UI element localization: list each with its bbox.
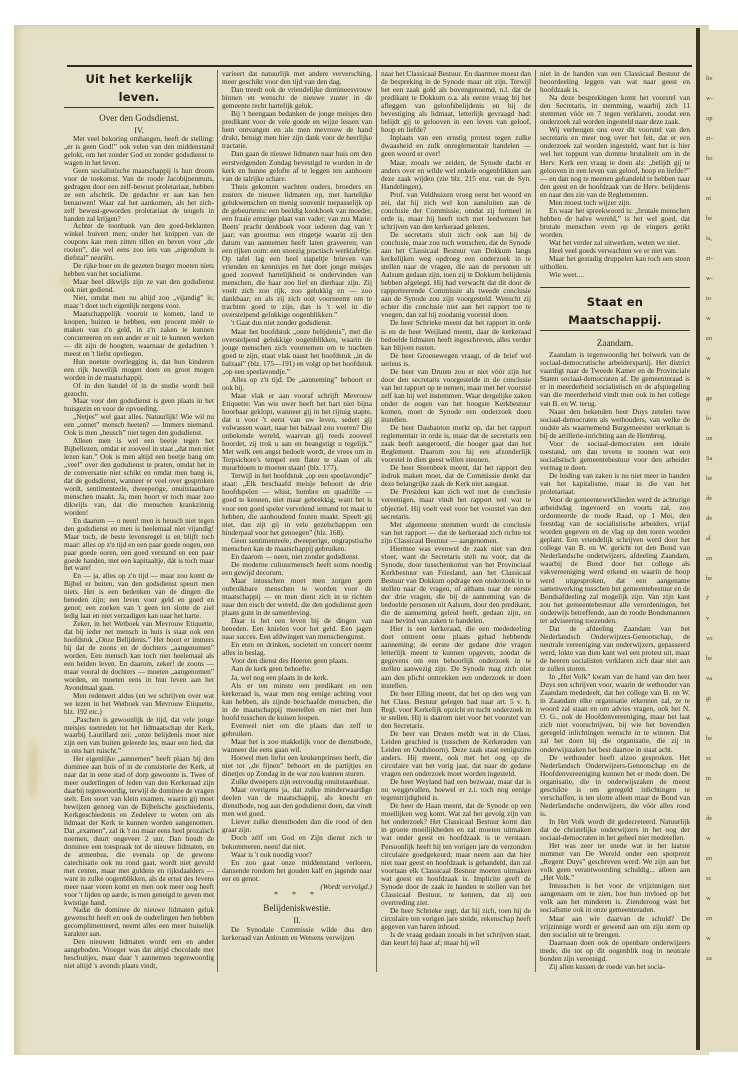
adjacent-page-text: zi-: [706, 135, 713, 143]
paragraph: Terwijl in het hoofdstuk „op een speelav…: [222, 472, 372, 536]
adjacent-page-text: en: [706, 795, 712, 803]
article-title: Belijdeniskwestie.: [222, 902, 372, 915]
adjacent-page-text: w: [706, 895, 711, 903]
paragraph: Prof. van Veldhuizen vroeg eerst het woo…: [381, 191, 531, 231]
adjacent-page-text: w: [706, 375, 711, 383]
adjacent-page-text: be: [706, 215, 712, 223]
adjacent-page-text: sa: [706, 175, 711, 183]
section-heading: Uit het kerkelijk leven.: [64, 70, 214, 108]
paragraph: Voor de sociaal-democraten een ideale to…: [540, 440, 690, 472]
paragraph: Liever zulke dienstboden dan die rood of…: [222, 818, 372, 834]
adjacent-page-text: en: [706, 335, 712, 343]
paragraph: Alles op z'n tijd. De „aanneming” behoor…: [222, 376, 372, 392]
adjacent-page-text: lie: [706, 75, 713, 83]
paragraph: Dan gaan de nieuwe lidmaten naar huis om…: [222, 150, 372, 182]
paragraph: Maar het gestadig druppelen kan toch een…: [540, 255, 690, 271]
adjacent-page-text: v: [706, 615, 709, 623]
paragraph: Maar het hoofdstuk „onze belijdenis”, me…: [222, 328, 372, 376]
paragraph: Wie weet....: [540, 271, 690, 279]
paragraph: Voor de gemeentewerklieden werd de achtu…: [540, 496, 690, 625]
paragraph: Met veel bekoring omhangen, heeft de ste…: [64, 136, 214, 168]
paragraph: En eten en drinken, societeit en concert…: [222, 641, 372, 657]
paragraph: De heer Daubanton merkt op, dat het rapp…: [381, 424, 531, 464]
adjacent-page-text: to: [706, 295, 711, 303]
paragraph: Of in den handel òf in de studie wordt h…: [64, 383, 214, 399]
paragraph: De moderne cultuurmensch heeft soms nood…: [222, 561, 372, 577]
adjacent-page-text: en: [706, 555, 712, 563]
paragraph: Naast den bekenden heer Duys zetelen twe…: [540, 408, 690, 440]
paragraph: Maar het is zoo makkelijk voor de dienst…: [222, 738, 372, 754]
paragraph: Als er ten minste een predikant en een k…: [222, 682, 372, 722]
paragraph: De heer Weyland had een bezwaar, maar da…: [381, 778, 531, 802]
paragraph: Dat de afdeeling Zaandam van het Nederla…: [540, 625, 690, 673]
adjacent-page-text: de: [706, 495, 712, 503]
adjacent-page-text: w-: [706, 95, 713, 103]
paragraph: De rijke boer en de gezeten burger moete…: [64, 263, 214, 279]
section-heading: Staat en Maatschappij.: [540, 287, 690, 331]
adjacent-page-text: be: [706, 735, 712, 743]
paragraph: De heer Groenewegen vraagt, of de brief …: [381, 352, 531, 368]
paragraph: Wij verheugen ons over dit voorstel van …: [540, 126, 690, 198]
adjacent-page-text: w: [706, 355, 711, 363]
adjacent-page-text: vo: [706, 635, 713, 643]
adjacent-page-text: sc: [706, 755, 711, 763]
paragraph: Maar heel dikwijls zijn ze van den godsd…: [64, 279, 214, 295]
paragraph: En daarom — o neen! men is heusch niet t…: [64, 518, 214, 574]
paragraph: Doch zélf om God en Zijn dienst zich te …: [222, 834, 372, 850]
column-rule: [535, 70, 536, 972]
adjacent-page-text: sc: [706, 875, 711, 883]
paragraph: En waar het spreekwoord is: „brutale men…: [540, 207, 690, 239]
top-rule: [67, 65, 692, 67]
paragraph: Niet, omdat men nu altijd zoo „vijandig”…: [64, 295, 214, 311]
article-title: Zaandam.: [540, 337, 690, 350]
adjacent-page-edge: liew-opzi-hosanibeis,zi-w-towenwwgelounS…: [700, 30, 738, 1052]
article-body: varieert dat natuurlijk met andere verve…: [222, 70, 372, 883]
paper-stain: [28, 740, 38, 800]
paragraph: De heer Schrieke zegt, dat hij zich, toe…: [381, 907, 531, 931]
paragraph: En — ja, alles op z'n tijd — maar zoo ko…: [64, 573, 214, 621]
adjacent-page-text: un: [706, 435, 713, 443]
article-body: De Synodale Commissie wilde dus den kerk…: [222, 926, 372, 942]
adjacent-page-text: w: [706, 835, 711, 843]
paragraph: Hiermee was evenwel de zaak niet van den…: [381, 545, 531, 625]
adjacent-page-text: al: [706, 535, 711, 543]
article-body: Met veel bekoring omhangen, heeft de ste…: [64, 136, 214, 971]
adjacent-page-text: en: [706, 855, 712, 863]
paragraph: De heer Steenbeek meent, dat het rapport…: [381, 464, 531, 488]
adjacent-page-text: Sa: [706, 455, 713, 463]
paragraph: Daarnaan doen ook de openbare onderwijze…: [540, 939, 690, 963]
column-rule: [217, 70, 218, 972]
paragraph: varieert dat natuurlijk met andere verve…: [222, 70, 372, 86]
adjacent-page-text: ho: [706, 155, 713, 163]
paragraph: Bij 't heengaan bedanken de jonge meisje…: [222, 110, 372, 150]
paragraph: Het was zeer ter snede wat in het laatst…: [540, 842, 690, 882]
paragraph: Dan treedt ook de vriendelijke domineesv…: [222, 86, 372, 110]
paragraph: Men redeneert aldus (en we schrijven ove…: [64, 693, 214, 717]
column-4: niet in de handen van een Classicaal Bes…: [540, 70, 690, 971]
paragraph: Evenwel niet om die plaats dan zelf te g…: [222, 722, 372, 738]
adjacent-page-text: va: [706, 675, 712, 683]
paragraph: Zeker, in het Wetboek van Mevrouw Etique…: [64, 621, 214, 693]
paragraph: Hun noetste overlegging is, dat hun kind…: [64, 359, 214, 383]
paragraph: Daar is het een leven bij de dingen van …: [222, 617, 372, 641]
adjacent-page-text: zi-: [706, 255, 713, 263]
paragraph: De President kan zich wel met de conclus…: [381, 488, 531, 520]
adjacent-page-text: w: [706, 315, 711, 323]
paragraph: „Netjes” wel gaat alles. Natuurlijk! Wie…: [64, 414, 214, 438]
paragraph: Geen socialistische maatschappij is hun …: [64, 168, 214, 224]
article-title: Over den Godsdienst.: [64, 112, 214, 125]
paragraph: De heer Elling meent, dat het op den weg…: [381, 690, 531, 730]
paragraph: niet in de handen van een Classicaal Bes…: [540, 70, 690, 94]
paragraph: De heer Schrieke meent dat het rapport i…: [381, 319, 531, 351]
column-3: naar het Classicaal Bestuur. En daarmee …: [381, 70, 531, 947]
paragraph: Nadat de dominee de nieuwe lidmaten gelu…: [64, 907, 214, 939]
adjacent-page-text: en: [706, 915, 712, 923]
paragraph: De heer van Druten meldt wat in de Class…: [381, 730, 531, 778]
adjacent-page-text: ni: [706, 195, 711, 203]
paragraph: Met algemeene stemmen wordt de conclusie…: [381, 521, 531, 545]
paragraph: Maar aan wie daarvan de schuld? De vrijz…: [540, 915, 690, 939]
paragraph: Na deze besprekingen komt het voorstel v…: [540, 94, 690, 126]
column-1: Uit het kerkelijk leven. Over den Godsdi…: [64, 70, 214, 971]
paragraph: Maar voor den godsdienst is geen plaats …: [64, 398, 214, 414]
paragraph: Maatschappelijk vooruit te komen, land t…: [64, 311, 214, 359]
adjacent-page-text: w: [706, 935, 711, 943]
adjacent-page-text: be: [706, 655, 712, 663]
paragraph: In „Het Volk” kwam van de hand van den h…: [540, 673, 690, 753]
paragraph: Zij allen kussen de roede van het socia-: [540, 963, 690, 971]
paragraph: Is de vraag gedaan zooals in het schrijv…: [381, 931, 531, 947]
adjacent-page-text: he: [706, 575, 712, 583]
paragraph: Maar vlak er aan vooraf schrijft Mevrouw…: [222, 392, 372, 472]
column-2: varieert dat natuurlijk met andere verve…: [222, 70, 372, 942]
adjacent-page-text: w-: [706, 275, 713, 283]
paragraph: Het eigenlijke „aannemen” heeft plaats b…: [64, 756, 214, 907]
adjacent-page-text: tn: [706, 775, 711, 783]
adjacent-page-text: he: [706, 475, 712, 483]
paragraph: Intusschen is het voor de vrijzinnigen n…: [540, 882, 690, 914]
adjacent-page-text: w.: [706, 715, 712, 723]
adjacent-page-text: op: [706, 115, 713, 123]
article-body: niet in de handen van een Classicaal Bes…: [540, 70, 690, 279]
paragraph: Maar intusschen moet men zorgen geen onb…: [222, 577, 372, 617]
paragraph: Maar overigens ja, dat zulke minderwaard…: [222, 786, 372, 818]
paragraph: De Synodale Commissie wilde dus den kerk…: [222, 926, 372, 942]
paragraph: In Het Volk wordt dit gedecreteerd. Natu…: [540, 818, 690, 842]
column-rule: [376, 70, 377, 972]
adjacent-page-text: lo: [706, 415, 711, 423]
article-body: naar het Classicaal Bestuur. En daarmee …: [381, 70, 531, 947]
paragraph: De heer de Haan meent, dat de Synode op …: [381, 802, 531, 907]
adjacent-page-text: f': [706, 595, 709, 603]
paragraph: Hier is een kerkeraad, die een mededeeli…: [381, 625, 531, 689]
adjacent-page-text: de: [706, 815, 712, 823]
paragraph: De wethouder heeft alzoo gesproken. Het …: [540, 754, 690, 818]
adjacent-page-text: za: [706, 955, 712, 963]
paragraph: De heer van Druten zou er niet vóór zijn…: [381, 368, 531, 424]
paragraph: Maar, zooals we zeiden, de Synode dacht …: [381, 159, 531, 191]
adjacent-page-text: de: [706, 515, 712, 523]
paragraph: De secretaris sluit zich ook aan bij de …: [381, 231, 531, 320]
paragraph: Alleen men is wel een beetje tegen het B…: [64, 438, 214, 518]
paragraph: Inplaats van een ernstig protest tegen z…: [381, 134, 531, 158]
paragraph: De leiding van zaken is nu niet meer in …: [540, 472, 690, 496]
adjacent-page-text: gi: [706, 695, 711, 703]
adjacent-page-text: ge: [706, 395, 712, 403]
paragraph: Den nieuwen lidmaten wordt een en ander …: [64, 939, 214, 971]
paragraph: naar het Classicaal Bestuur. En daarmee …: [381, 70, 531, 134]
article-body: Zaandam is tegenwoordig het bolwerk van …: [540, 351, 690, 971]
paragraph: En zoo gaat onze middenstand verloren, d…: [222, 859, 372, 883]
separator: * * *: [222, 891, 372, 898]
paragraph: Hoewel men liefst een keukenprinses heef…: [222, 754, 372, 778]
paragraph: Thuis gekomen wachten ouders, broeders e…: [222, 183, 372, 320]
paragraph: Zaandam is tegenwoordig het bolwerk van …: [540, 351, 690, 407]
paragraph: Achter de toonbank van den goed-beklante…: [64, 223, 214, 263]
adjacent-page-text: is,: [706, 235, 712, 243]
paragraph: „Paschen is gewoonlijk de tijd, dat vele…: [64, 717, 214, 757]
paragraph: Geen sentimenteele, dweeperige, ongrapst…: [222, 537, 372, 553]
